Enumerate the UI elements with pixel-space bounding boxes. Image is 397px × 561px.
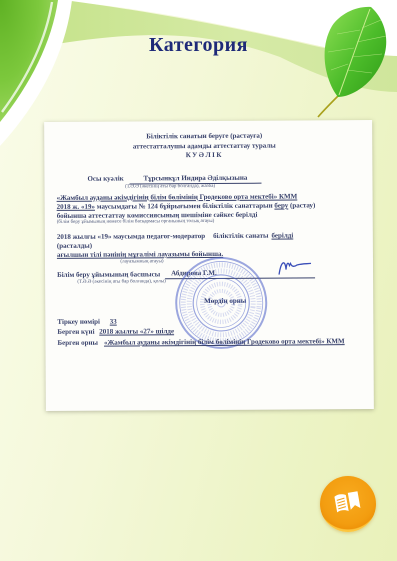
issue-date-line: Берген күні 2018 жылғы «27» шілде — [57, 326, 353, 337]
order-hint: (білім беру ұйымының немесе білім басқар… — [57, 218, 353, 226]
issue-place-value: «Жамбыл ауданы әкімдігінің білім бөлімін… — [104, 337, 345, 346]
certificate-heading: Біліктілік санатын беруге (растауға) атт… — [56, 131, 352, 161]
book-button[interactable] — [320, 476, 376, 532]
page-title: Категория — [0, 34, 397, 57]
holder-name: Тұрсынкұл Индира Әділқызына — [129, 174, 261, 185]
order-date: 2018 ж. «19» — [57, 203, 95, 211]
issue-date-value: 2018 жылғы «27» шілде — [99, 327, 174, 335]
signature-scribble — [273, 255, 313, 277]
award-part-3: берілді — [271, 231, 293, 239]
order-word: беру — [274, 202, 288, 210]
certificate-document: Біліктілік санатын беруге (растауға) атт… — [44, 120, 374, 411]
holder-hint: (Т.Ә.Ә (әкесінің аты бар болғанда), жазб… — [103, 184, 238, 191]
award-part-1: 2018 жылғы «19» маусымда педагог-модерат… — [57, 232, 205, 241]
issue-date-label: Берген күні — [57, 328, 94, 336]
registration-label: Тіркеу нөмірі — [57, 318, 100, 326]
issue-place-line: Берген орны«Жамбыл ауданы әкімдігінің бі… — [57, 336, 353, 348]
registration-line: Тіркеу нөмірі 33 — [57, 316, 353, 327]
order-mid: маусымдағы № 124 бұйрығымен біліктілік с… — [95, 202, 274, 211]
director-label: Білім беру ұйымының басшысы — [57, 270, 160, 279]
award-part-2: біліктілік санаты — [213, 232, 268, 240]
director-hint: (Т.Ә.Ә (әкесінің аты бар болғанда), қолы… — [59, 279, 184, 286]
issue-place-label: Берген орны — [57, 339, 98, 347]
holder-label: Осы куәлік — [87, 175, 123, 183]
registration-number: 33 — [110, 318, 117, 326]
order-tail: (растау) — [288, 201, 315, 209]
heading-line-3: КУӘЛІК — [56, 150, 352, 161]
book-icon — [333, 491, 363, 517]
slide-page: Категория Біліктілік санатын беруге (рас… — [0, 0, 397, 561]
